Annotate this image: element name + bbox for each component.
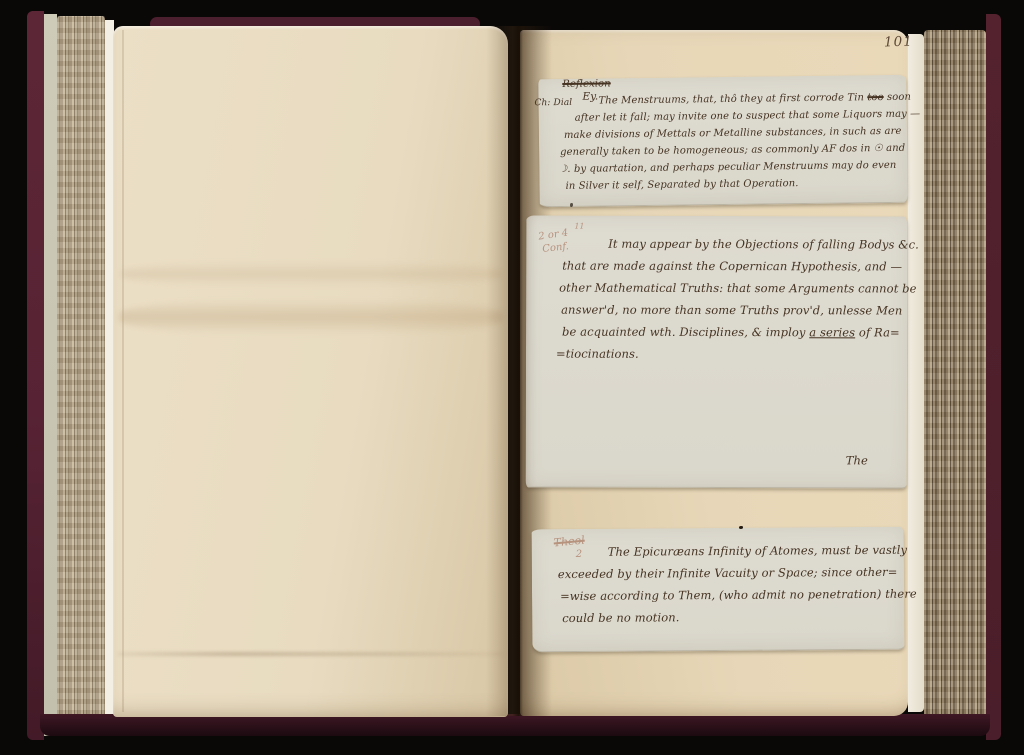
margin-note-ch-dial: Ch: Dial — [534, 98, 572, 108]
page-wrinkle — [118, 652, 504, 656]
slip1-line5: ☽. by quartation, and perhaps peculiar M… — [558, 160, 896, 175]
slip3-line4: could be no motion. — [562, 610, 679, 625]
slip2-line3: other Mathematical Truths: that some Arg… — [559, 281, 916, 296]
left-page-blank — [113, 26, 508, 717]
pasted-slip-menstruums: Reflexion Ch: Dial Ey. The Menstruums, t… — [538, 75, 908, 207]
pasted-slip-epicureans: Theol 2 The Epicuræans Infinity of Atome… — [532, 527, 905, 653]
catchword: The — [846, 453, 868, 467]
slip1-line1-struck-word: too — [867, 92, 884, 103]
page-edge-white-right — [908, 34, 924, 712]
slip1-line1-pre: The Menstruums, that, thô they at first … — [598, 92, 867, 106]
pencil-conf-note: Conf. — [542, 241, 570, 255]
slip2-line5-underlined: a series — [809, 325, 855, 339]
pencil-classification-note: 2 or 4 — [538, 228, 569, 243]
slip1-line1: The Menstruums, that, thô they at first … — [598, 92, 911, 107]
page-stain — [121, 262, 501, 286]
manuscript-book-photo: 101 Reflexion Ch: Dial Ey. The Menstruum… — [0, 0, 1024, 755]
pencil-theol-note: Theol — [553, 534, 585, 550]
slip1-line2: after let it fall; may invite one to sus… — [575, 109, 921, 124]
slip3-line2: exceeded by their Infinite Vacuity or Sp… — [558, 565, 898, 581]
pencil-number-note: 2 — [576, 549, 582, 560]
struck-heading: Reflexion — [562, 78, 611, 90]
pasted-slip-copernican: 2 or 4 11 Conf. It may appear by the Obj… — [526, 216, 908, 489]
slip1-line3: make divisions of Mettals or Metalline s… — [564, 126, 902, 141]
book-cover-right-edge — [986, 14, 1001, 740]
page-fore-edge-left — [57, 16, 105, 732]
book-cover-left-edge — [27, 11, 44, 740]
slip1-line6: in Silver it self, Separated by that Ope… — [565, 178, 798, 192]
folio-number: 101 — [884, 34, 913, 51]
slip2-line2: that are made against the Copernican Hyp… — [562, 259, 902, 274]
inline-mark: Ey. — [582, 91, 598, 103]
slip2-line5: be acquainted wth. Disciplines, & imploy… — [562, 325, 900, 340]
slip2-line1: It may appear by the Objections of falli… — [608, 237, 919, 252]
page-fore-edge-right — [924, 30, 986, 720]
slip2-line6: =tiocinations. — [556, 347, 639, 361]
page-stain — [119, 300, 503, 334]
slip1-line4: generally taken to be homogeneous; as co… — [560, 143, 905, 158]
slip2-line5-post: of Ra= — [855, 325, 900, 339]
book-cover-bottom-edge — [40, 714, 990, 736]
slip3-line3: =wise according to Them, (who admit no p… — [560, 587, 917, 603]
slip2-line5-pre: be acquainted wth. Disciplines, & imploy — [562, 325, 809, 340]
slip1-line1-post: soon — [884, 92, 911, 103]
pencil-superscript: 11 — [574, 222, 584, 231]
mount-sheet-edge — [122, 30, 124, 712]
slip2-line4: answer'd, no more than some Truths prov'… — [561, 303, 902, 318]
book-board-left-edge — [44, 14, 57, 736]
slip3-line1: The Epicuræans Infinity of Atomes, must … — [608, 543, 907, 559]
